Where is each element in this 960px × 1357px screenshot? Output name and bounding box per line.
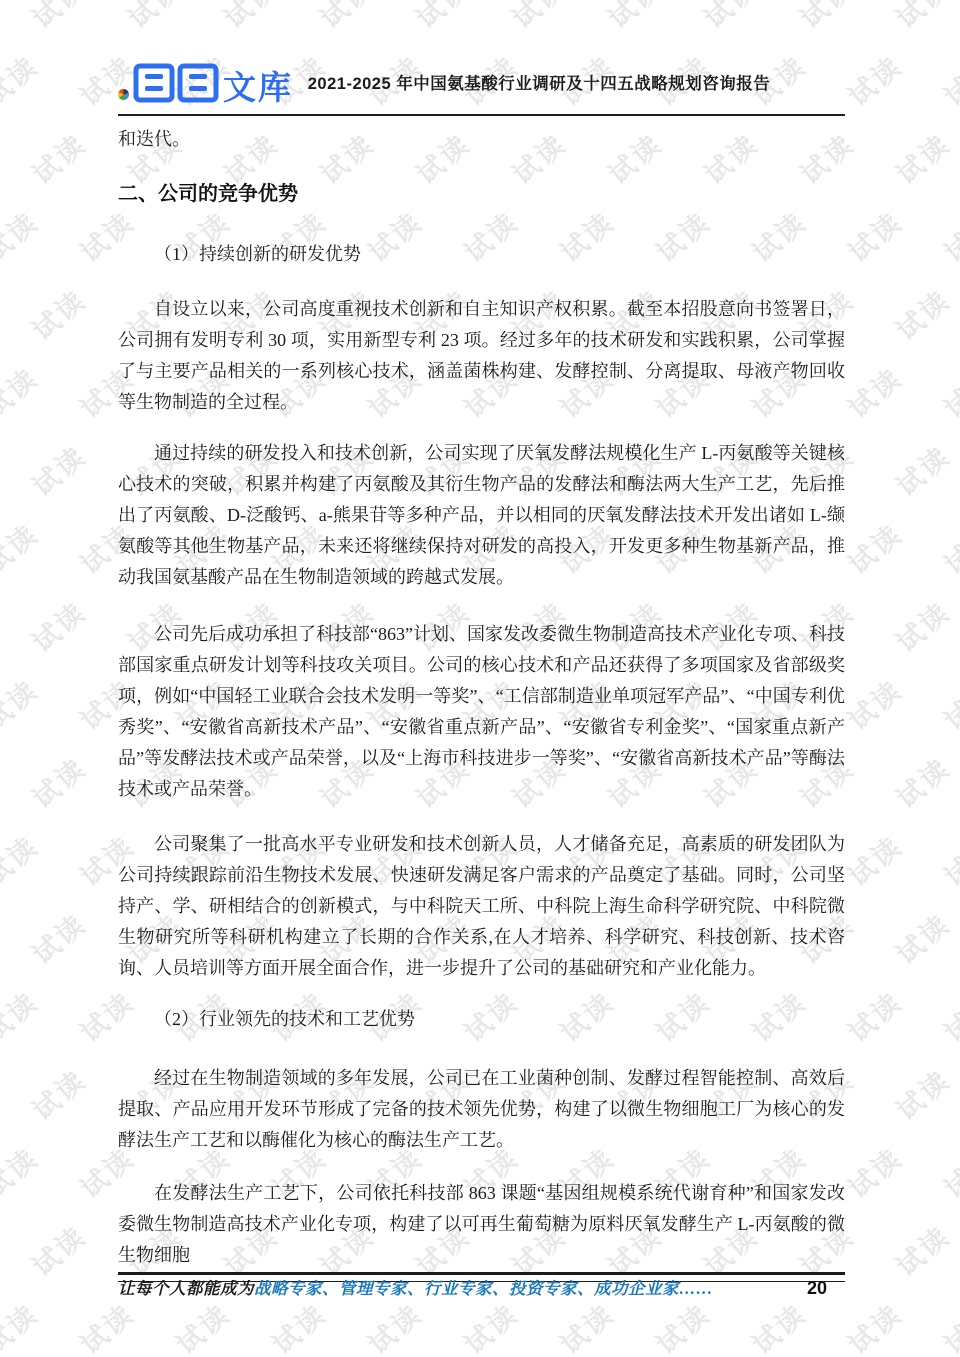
footer-slogan: 让每个人都能成为战略专家、管理专家、行业专家、投资专家、成功企业家…… [118,1275,713,1299]
document-title: 2021-2025 年中国氨基酸行业调研及十四五战略规划咨询报告 [293,70,845,94]
document-page: 试读试读试读试读试读试读试读试读试读试读试读试读试读试读试读试读试读试读试读试读… [0,0,960,1357]
footer-slogan-prefix: 让每个人都能成为 [118,1279,254,1298]
logo-color-dot-icon [118,89,129,100]
document-body: 和迭代。 二、公司的竞争优势 （1）持续创新的研发优势 自设立以来，公司高度重视… [118,124,845,1282]
logo-text: 文库 [223,71,293,104]
paragraph: 在发酵法生产工艺下，公司依托科技部 863 课题“基因组规模系统代谢育种”和国家… [118,1178,845,1271]
page-header: 文库 2021-2025 年中国氨基酸行业调研及十四五战略规划咨询报告 [118,0,845,116]
subsection-1-heading: （1）持续创新的研发优势 [118,239,845,270]
paragraph: 自设立以来，公司高度重视技术创新和自主知识产权积累。截至本招股意向书签署日，公司… [118,294,845,418]
section-heading: 二、公司的竞争优势 [118,179,845,209]
page-number: 20 [807,1278,845,1299]
footer-slogan-highlight: 战略专家、管理专家、行业专家、投资专家、成功企业家…… [254,1279,713,1298]
logo-boxes-icon [133,60,219,104]
paragraph: 通过持续的研发投入和技术创新，公司实现了厌氧发酵法规模化生产 L-丙氨酸等关键核… [118,438,845,593]
continuation-text: 和迭代。 [118,124,845,155]
page-footer: 让每个人都能成为战略专家、管理专家、行业专家、投资专家、成功企业家…… 20 [118,1275,845,1299]
brand-logo: 文库 [118,60,293,104]
subsection-2-heading: （2）行业领先的技术和工艺优势 [118,1004,845,1035]
paragraph: 公司先后成功承担了科技部“863”计划、国家发改委微生物制造高技术产业化专项、科… [118,619,845,805]
paragraph: 公司聚集了一批高水平专业研发和技术创新人员，人才储备充足，高素质的研发团队为公司… [118,829,845,984]
paragraph: 经过在生物制造领域的多年发展，公司已在工业菌种创制、发酵过程智能控制、高效后提取… [118,1063,845,1156]
page-content: 文库 2021-2025 年中国氨基酸行业调研及十四五战略规划咨询报告 和迭代。… [0,0,960,1357]
